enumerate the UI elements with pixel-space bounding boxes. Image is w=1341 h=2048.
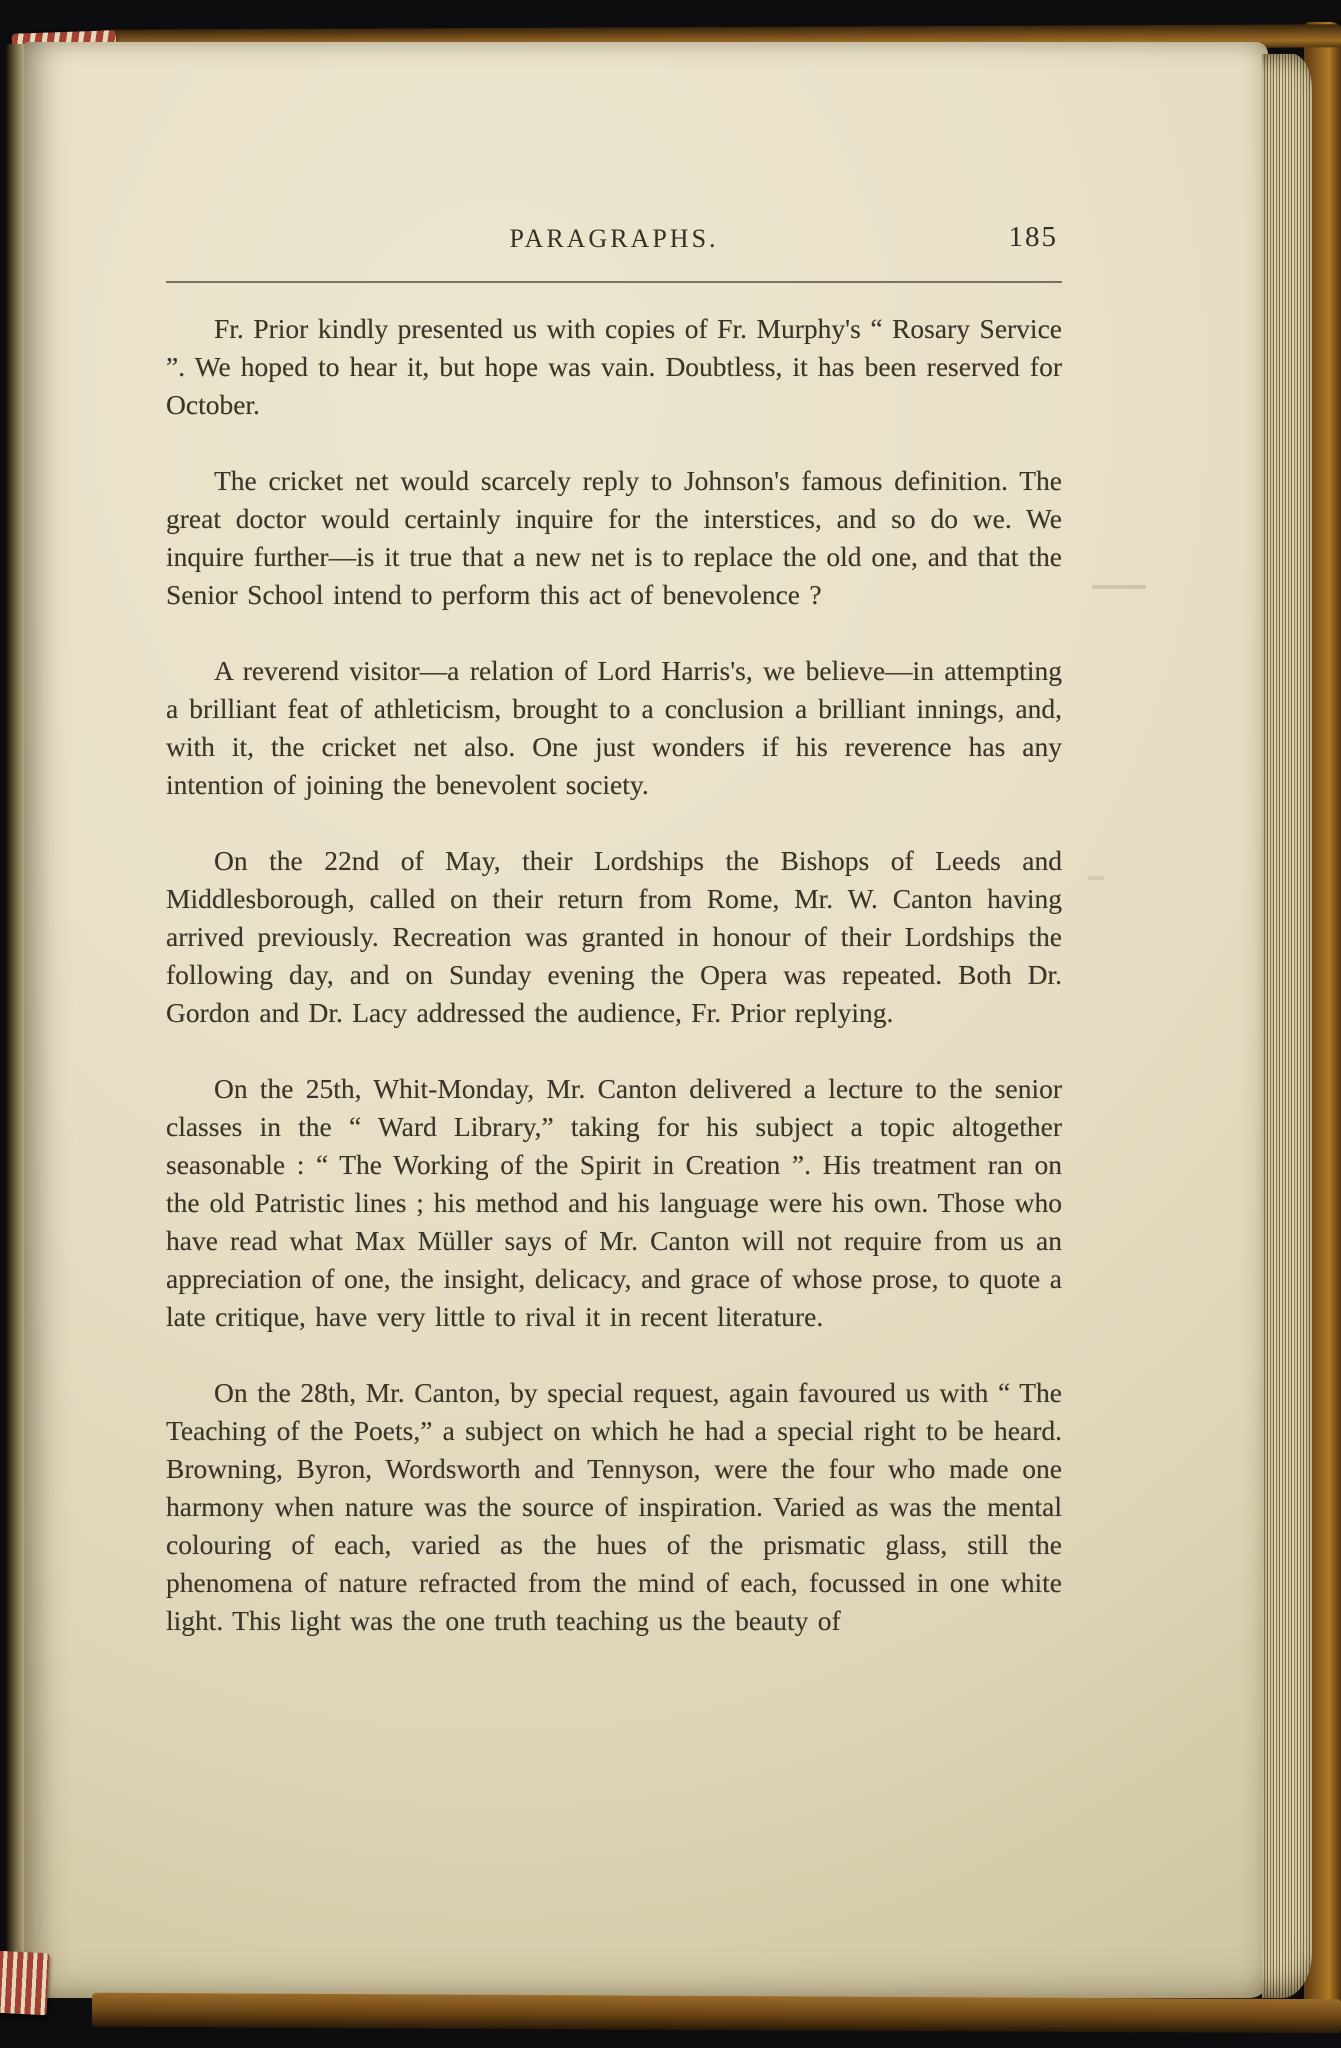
- paragraph: The cricket net would scarcely reply to …: [166, 462, 1062, 614]
- book-photo: PARAGRAPHS. 185 Fr. Prior kindly present…: [0, 0, 1341, 2048]
- paragraph: On the 25th, Whit-Monday, Mr. Canton del…: [166, 1070, 1062, 1336]
- book-cover-bottom-edge: [92, 1993, 1341, 2034]
- page-number: 185: [1009, 221, 1059, 254]
- paragraph: On the 22nd of May, their Lordships the …: [166, 842, 1062, 1032]
- page-stack-fore-edge: [1262, 54, 1312, 1998]
- page-header: PARAGRAPHS. 185: [166, 224, 1062, 256]
- page-content: PARAGRAPHS. 185 Fr. Prior kindly present…: [166, 224, 1062, 1678]
- paragraph: On the 28th, Mr. Canton, by special requ…: [166, 1374, 1062, 1640]
- headband-bottom: [0, 1951, 50, 2016]
- running-title: PARAGRAPHS.: [166, 224, 1062, 254]
- scan-artifact-dash: [1088, 876, 1104, 880]
- gutter-page-edge: [6, 44, 26, 2002]
- scan-artifact-dash: [1092, 585, 1146, 589]
- header-rule: [166, 281, 1062, 283]
- paragraphs: Fr. Prior kindly presented us with copie…: [166, 310, 1062, 1640]
- paragraph: Fr. Prior kindly presented us with copie…: [166, 310, 1062, 424]
- paragraph: A reverend visitor—a relation of Lord Ha…: [166, 652, 1062, 804]
